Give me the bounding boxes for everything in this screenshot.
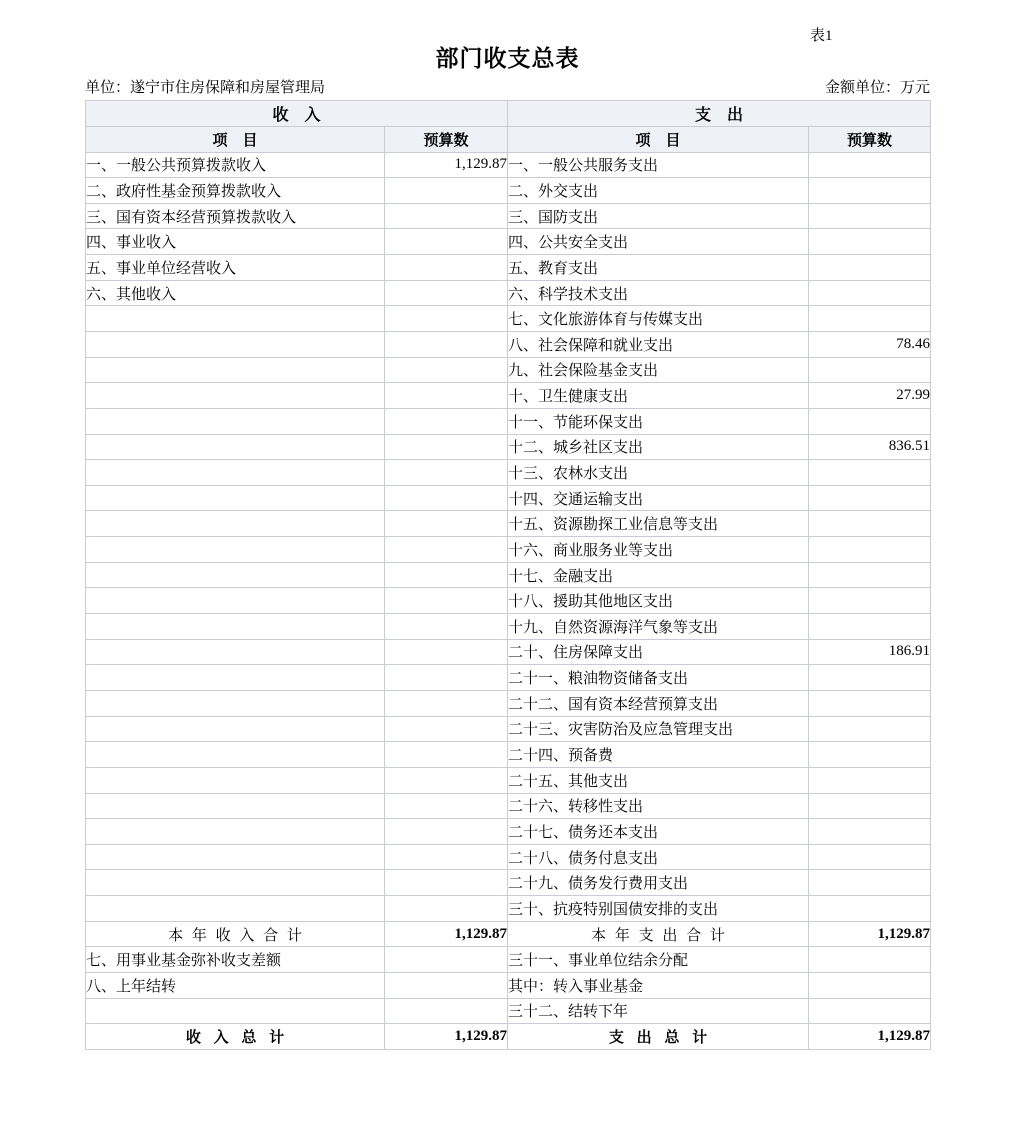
income-value-cell [385, 537, 508, 563]
section-header-row: 收 入 支 出 [86, 101, 931, 127]
expense-value-cell [809, 767, 931, 793]
table-row: 收 入 总 计1,129.87支 出 总 计1,129.87 [86, 1024, 931, 1050]
income-value-cell [385, 434, 508, 460]
table-row: 十八、援助其他地区支出 [86, 588, 931, 614]
table-row: 二十二、国有资本经营预算支出 [86, 690, 931, 716]
income-value-cell [385, 742, 508, 768]
expense-value-cell [809, 947, 931, 973]
expense-item-cell: 十二、城乡社区支出 [508, 434, 809, 460]
expense-item-cell: 十一、节能环保支出 [508, 408, 809, 434]
income-value-cell [385, 947, 508, 973]
income-item-cell [86, 306, 385, 332]
expense-value-cell [809, 460, 931, 486]
expense-item-cell: 二十三、灾害防治及应急管理支出 [508, 716, 809, 742]
income-item-cell [86, 742, 385, 768]
expense-item-cell: 十七、金融支出 [508, 562, 809, 588]
expense-section-header: 支 出 [508, 101, 931, 127]
expense-value-cell [809, 690, 931, 716]
income-item-cell: 一、一般公共预算拨款收入 [86, 152, 385, 178]
expense-value-cell [809, 357, 931, 383]
expense-value-cell [809, 896, 931, 922]
table-row: 六、其他收入六、科学技术支出 [86, 280, 931, 306]
expense-item-cell: 二十一、粮油物资储备支出 [508, 665, 809, 691]
income-item-cell: 八、上年结转 [86, 973, 385, 999]
expense-value-cell [809, 255, 931, 281]
income-value-cell [385, 767, 508, 793]
income-item-column-header: 项 目 [86, 126, 385, 152]
expense-value-cell [809, 844, 931, 870]
expense-value-cell [809, 485, 931, 511]
table-number-tag: 表1 [810, 27, 833, 45]
expense-item-cell: 三十二、结转下年 [508, 998, 809, 1024]
income-item-cell [86, 870, 385, 896]
expense-value-cell [809, 716, 931, 742]
income-item-cell [86, 896, 385, 922]
table-row: 十六、商业服务业等支出 [86, 537, 931, 563]
income-value-cell [385, 383, 508, 409]
expense-value-cell [809, 152, 931, 178]
expense-item-cell: 本 年 支 出 合 计 [508, 921, 809, 947]
expense-item-cell: 二十二、国有资本经营预算支出 [508, 690, 809, 716]
income-item-cell [86, 716, 385, 742]
income-item-cell [86, 767, 385, 793]
income-item-cell [86, 844, 385, 870]
income-item-cell [86, 511, 385, 537]
income-item-cell [86, 793, 385, 819]
expense-value-cell [809, 178, 931, 204]
table-body: 一、一般公共预算拨款收入1,129.87一、一般公共服务支出二、政府性基金预算拨… [86, 152, 931, 1049]
income-item-cell [86, 357, 385, 383]
income-item-cell: 三、国有资本经营预算拨款收入 [86, 203, 385, 229]
expense-value-cell: 186.91 [809, 639, 931, 665]
income-value-cell [385, 793, 508, 819]
expense-item-cell: 十五、资源勘探工业信息等支出 [508, 511, 809, 537]
table-row: 七、用事业基金弥补收支差额三十一、事业单位结余分配 [86, 947, 931, 973]
document-content: 部门收支总表 单位：遂宁市住房保障和房屋管理局 金额单位：万元 收 入 支 出 … [85, 46, 930, 1050]
expense-item-cell: 十四、交通运输支出 [508, 485, 809, 511]
table-row: 二十六、转移性支出 [86, 793, 931, 819]
income-value-cell: 1,129.87 [385, 152, 508, 178]
income-item-cell: 二、政府性基金预算拨款收入 [86, 178, 385, 204]
table-row: 本 年 收 入 合 计1,129.87本 年 支 出 合 计1,129.87 [86, 921, 931, 947]
income-value-cell [385, 973, 508, 999]
income-item-cell: 本 年 收 入 合 计 [86, 921, 385, 947]
income-value-cell [385, 511, 508, 537]
income-item-cell [86, 690, 385, 716]
expense-value-cell [809, 229, 931, 255]
amount-unit-label: 金额单位：万元 [825, 79, 930, 97]
income-value-cell [385, 331, 508, 357]
income-item-cell [86, 485, 385, 511]
page-title: 部门收支总表 [85, 46, 930, 70]
expense-value-cell [809, 203, 931, 229]
expense-item-column-header: 项 目 [508, 126, 809, 152]
expense-value-cell [809, 511, 931, 537]
expense-value-cell [809, 742, 931, 768]
table-row: 二十九、债务发行费用支出 [86, 870, 931, 896]
expense-value-cell [809, 306, 931, 332]
income-item-cell: 五、事业单位经营收入 [86, 255, 385, 281]
table-row: 八、社会保障和就业支出78.46 [86, 331, 931, 357]
table-row: 七、文化旅游体育与传媒支出 [86, 306, 931, 332]
expense-value-cell [809, 588, 931, 614]
income-value-cell [385, 588, 508, 614]
income-value-cell [385, 665, 508, 691]
budget-summary-page: 表1 部门收支总表 单位：遂宁市住房保障和房屋管理局 金额单位：万元 收 入 支… [0, 0, 1011, 1121]
income-item-cell: 七、用事业基金弥补收支差额 [86, 947, 385, 973]
income-item-cell [86, 434, 385, 460]
expense-value-cell [809, 408, 931, 434]
expense-item-cell: 其中：转入事业基金 [508, 973, 809, 999]
expense-value-cell [809, 819, 931, 845]
table-row: 三十、抗疫特别国债安排的支出 [86, 896, 931, 922]
income-value-cell [385, 870, 508, 896]
income-value-cell [385, 255, 508, 281]
income-value-cell: 1,129.87 [385, 1024, 508, 1050]
table-row: 十九、自然资源海洋气象等支出 [86, 614, 931, 640]
income-value-cell [385, 896, 508, 922]
table-row: 十七、金融支出 [86, 562, 931, 588]
table-row: 三十二、结转下年 [86, 998, 931, 1024]
expense-item-cell: 十九、自然资源海洋气象等支出 [508, 614, 809, 640]
income-value-cell [385, 639, 508, 665]
expense-value-cell [809, 537, 931, 563]
income-item-cell [86, 460, 385, 486]
income-value-cell [385, 203, 508, 229]
table-row: 二十、住房保障支出186.91 [86, 639, 931, 665]
table-row: 九、社会保险基金支出 [86, 357, 931, 383]
table-row: 二十三、灾害防治及应急管理支出 [86, 716, 931, 742]
table-row: 四、事业收入四、公共安全支出 [86, 229, 931, 255]
table-row: 十、卫生健康支出27.99 [86, 383, 931, 409]
expense-item-cell: 九、社会保险基金支出 [508, 357, 809, 383]
income-value-cell [385, 690, 508, 716]
expense-item-cell: 二、外交支出 [508, 178, 809, 204]
income-value-cell [385, 562, 508, 588]
expense-item-cell: 二十七、债务还本支出 [508, 819, 809, 845]
expense-value-cell [809, 793, 931, 819]
expense-item-cell: 三十一、事业单位结余分配 [508, 947, 809, 973]
expense-value-cell: 27.99 [809, 383, 931, 409]
expense-item-cell: 十六、商业服务业等支出 [508, 537, 809, 563]
income-value-cell [385, 485, 508, 511]
expense-item-cell: 八、社会保障和就业支出 [508, 331, 809, 357]
unit-label: 单位：遂宁市住房保障和房屋管理局 [85, 79, 325, 97]
expense-item-cell: 十三、农林水支出 [508, 460, 809, 486]
expense-item-cell: 二十六、转移性支出 [508, 793, 809, 819]
income-value-cell [385, 408, 508, 434]
expense-item-cell: 一、一般公共服务支出 [508, 152, 809, 178]
table-info-line: 单位：遂宁市住房保障和房屋管理局 金额单位：万元 [85, 79, 930, 97]
income-value-cell [385, 819, 508, 845]
income-item-cell [86, 639, 385, 665]
expense-item-cell: 二十八、债务付息支出 [508, 844, 809, 870]
income-value-cell [385, 844, 508, 870]
income-item-cell [86, 588, 385, 614]
income-item-cell: 四、事业收入 [86, 229, 385, 255]
expense-item-cell: 十、卫生健康支出 [508, 383, 809, 409]
expense-value-cell [809, 973, 931, 999]
expense-item-cell: 二十五、其他支出 [508, 767, 809, 793]
expense-value-cell: 1,129.87 [809, 1024, 931, 1050]
table-row: 一、一般公共预算拨款收入1,129.87一、一般公共服务支出 [86, 152, 931, 178]
expense-budget-column-header: 预算数 [809, 126, 931, 152]
income-value-cell: 1,129.87 [385, 921, 508, 947]
table-row: 二十七、债务还本支出 [86, 819, 931, 845]
income-item-cell [86, 665, 385, 691]
expense-value-cell [809, 280, 931, 306]
income-item-cell [86, 331, 385, 357]
table-row: 十四、交通运输支出 [86, 485, 931, 511]
expense-item-cell: 二十四、预备费 [508, 742, 809, 768]
table-row: 十二、城乡社区支出836.51 [86, 434, 931, 460]
income-item-cell [86, 408, 385, 434]
table-row: 十三、农林水支出 [86, 460, 931, 486]
income-budget-column-header: 预算数 [385, 126, 508, 152]
expense-item-cell: 六、科学技术支出 [508, 280, 809, 306]
expense-value-cell [809, 998, 931, 1024]
table-row: 五、事业单位经营收入五、教育支出 [86, 255, 931, 281]
table-row: 二十四、预备费 [86, 742, 931, 768]
expense-item-cell: 二十九、债务发行费用支出 [508, 870, 809, 896]
expense-value-cell: 836.51 [809, 434, 931, 460]
table-row: 二十五、其他支出 [86, 767, 931, 793]
expense-value-cell: 1,129.87 [809, 921, 931, 947]
income-value-cell [385, 280, 508, 306]
expense-value-cell [809, 614, 931, 640]
table-header: 收 入 支 出 项 目 预算数 项 目 预算数 [86, 101, 931, 153]
expense-value-cell: 78.46 [809, 331, 931, 357]
expense-item-cell: 三十、抗疫特别国债安排的支出 [508, 896, 809, 922]
table-row: 二十一、粮油物资储备支出 [86, 665, 931, 691]
income-item-cell: 收 入 总 计 [86, 1024, 385, 1050]
income-item-cell [86, 537, 385, 563]
expense-item-cell: 七、文化旅游体育与传媒支出 [508, 306, 809, 332]
income-value-cell [385, 998, 508, 1024]
budget-summary-table: 收 入 支 出 项 目 预算数 项 目 预算数 一、一般公共预算拨款收入1,12… [85, 100, 931, 1050]
income-value-cell [385, 229, 508, 255]
table-row: 十一、节能环保支出 [86, 408, 931, 434]
expense-item-cell: 五、教育支出 [508, 255, 809, 281]
expense-value-cell [809, 665, 931, 691]
income-value-cell [385, 460, 508, 486]
income-section-header: 收 入 [86, 101, 508, 127]
expense-value-cell [809, 870, 931, 896]
income-item-cell [86, 562, 385, 588]
table-row: 十五、资源勘探工业信息等支出 [86, 511, 931, 537]
table-row: 二十八、债务付息支出 [86, 844, 931, 870]
expense-item-cell: 支 出 总 计 [508, 1024, 809, 1050]
expense-value-cell [809, 562, 931, 588]
income-value-cell [385, 716, 508, 742]
income-value-cell [385, 614, 508, 640]
expense-item-cell: 三、国防支出 [508, 203, 809, 229]
income-item-cell [86, 998, 385, 1024]
table-row: 二、政府性基金预算拨款收入二、外交支出 [86, 178, 931, 204]
column-header-row: 项 目 预算数 项 目 预算数 [86, 126, 931, 152]
expense-item-cell: 十八、援助其他地区支出 [508, 588, 809, 614]
income-item-cell [86, 819, 385, 845]
income-value-cell [385, 357, 508, 383]
income-item-cell: 六、其他收入 [86, 280, 385, 306]
table-row: 三、国有资本经营预算拨款收入三、国防支出 [86, 203, 931, 229]
table-row: 八、上年结转其中：转入事业基金 [86, 973, 931, 999]
income-item-cell [86, 383, 385, 409]
income-item-cell [86, 614, 385, 640]
income-value-cell [385, 306, 508, 332]
income-value-cell [385, 178, 508, 204]
expense-item-cell: 四、公共安全支出 [508, 229, 809, 255]
expense-item-cell: 二十、住房保障支出 [508, 639, 809, 665]
